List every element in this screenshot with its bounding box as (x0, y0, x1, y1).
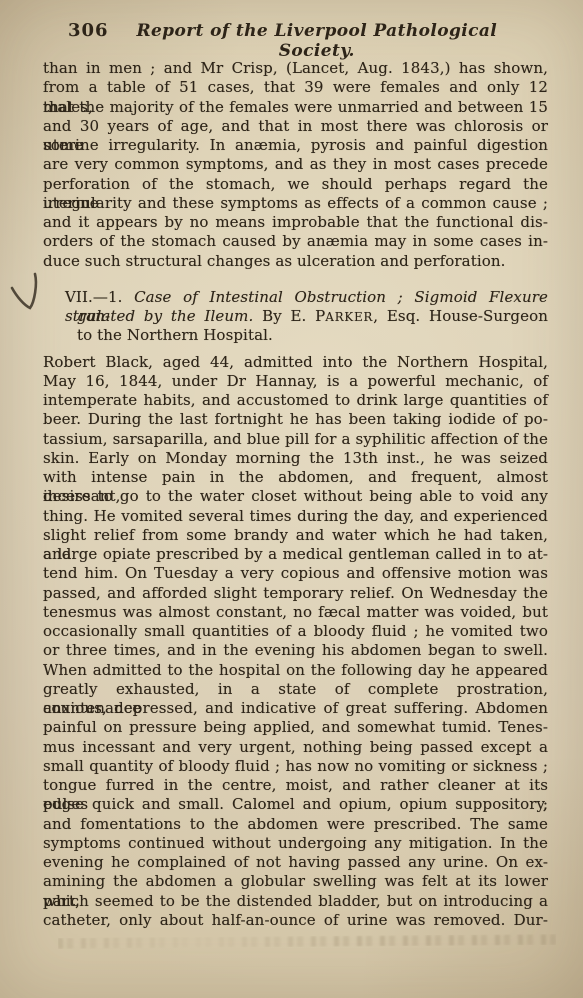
text-line: symptoms continued without undergoing an… (43, 834, 548, 853)
text-line: uterine irregularity. In anæmia, pyrosis… (43, 136, 548, 155)
text-line: irregularity and these symptoms as effec… (43, 194, 548, 213)
text-line: or three times, and in the evening his a… (43, 641, 548, 660)
text-line: anxious, depressed, and indicative of gr… (43, 699, 548, 718)
case-report-paragraph: Robert Black, aged 44, admitted into the… (43, 353, 548, 931)
text-line: beer. During the last fortnight he has b… (43, 410, 548, 429)
section-heading: VII.—1. Case of Intestinal Obstruction ;… (43, 288, 548, 346)
text-line: occasionally small quantities of a blood… (43, 622, 548, 641)
text-line: painful on pressure being applied, and s… (43, 718, 548, 737)
text-line: orders of the stomach caused by anæmia m… (43, 232, 548, 251)
text-line: tenesmus was almost constant, no fæcal m… (43, 603, 548, 622)
text-line: tassium, sarsaparilla, and blue pill for… (43, 430, 548, 449)
text-line: tend him. On Tuesday a very copious and … (43, 564, 548, 583)
text-line: When admitted to the hospital on the fol… (43, 661, 548, 680)
text-line: gulated by the Ileum. By E. PARKER, Esq.… (77, 307, 548, 326)
page-number: 306 (68, 20, 109, 41)
text-line: catheter, only about half-an-ounce of ur… (43, 911, 548, 930)
text-line: with intense pain in the abdomen, and fr… (43, 468, 548, 487)
text-line: mus incessant and very urgent, nothing b… (43, 738, 548, 757)
text-line: passed, and afforded slight temporary re… (43, 584, 548, 603)
text-line: Robert Black, aged 44, admitted into the… (43, 353, 548, 372)
text-line: slight relief from some brandy and water… (43, 526, 548, 545)
text-line: to the Northern Hospital. (77, 326, 548, 345)
text-line: which seemed to be the distended bladder… (43, 892, 548, 911)
text-line: and 30 years of age, and that in most th… (43, 117, 548, 136)
text-line: May 16, 1844, under Dr Hannay, is a powe… (43, 372, 548, 391)
text-line: than in men ; and Mr Crisp, (Lancet, Aug… (43, 59, 548, 78)
text-line: small quantity of bloody fluid ; has now… (43, 757, 548, 776)
text-line: perforation of the stomach, we should pe… (43, 175, 548, 194)
book-page: 306 Report of the Liverpool Pathological… (0, 0, 583, 998)
text-line: that the majority of the females were un… (43, 98, 548, 117)
page-body: than in men ; and Mr Crisp, (Lancet, Aug… (43, 59, 548, 930)
text-line: desire to go to the water closet without… (43, 487, 548, 506)
text-line: skin. Early on Monday morning the 13th i… (43, 449, 548, 468)
text-line: greatly exhausted, in a state of complet… (43, 680, 548, 699)
text-line: amining the abdomen a globular swelling … (43, 872, 548, 891)
text-line: evening he complained of not having pass… (43, 853, 548, 872)
opening-paragraph: than in men ; and Mr Crisp, (Lancet, Aug… (43, 59, 548, 271)
text-line: are very common symptoms, and as they in… (43, 155, 548, 174)
text-line: and it appears by no means improbable th… (43, 213, 548, 232)
text-line: VII.—1. Case of Intestinal Obstruction ;… (65, 288, 548, 307)
page-bleed-through (58, 934, 556, 949)
text-line: tongue furred in the centre, moist, and … (43, 776, 548, 795)
text-line: intemperate habits, and accustomed to dr… (43, 391, 548, 410)
text-line: from a table of 51 cases, that 39 were f… (43, 78, 548, 97)
text-line: a large opiate prescribed by a medical g… (43, 545, 548, 564)
page-header: 306 Report of the Liverpool Pathological… (68, 20, 525, 61)
text-line: duce such structural changes as ulcerati… (43, 252, 548, 271)
running-title: Report of the Liverpool Pathological Soc… (109, 21, 525, 61)
text-line: and fomentations to the abdomen were pre… (43, 815, 548, 834)
text-line: thing. He vomited several times during t… (43, 507, 548, 526)
text-line: pulse quick and small. Calomel and opium… (43, 795, 548, 814)
